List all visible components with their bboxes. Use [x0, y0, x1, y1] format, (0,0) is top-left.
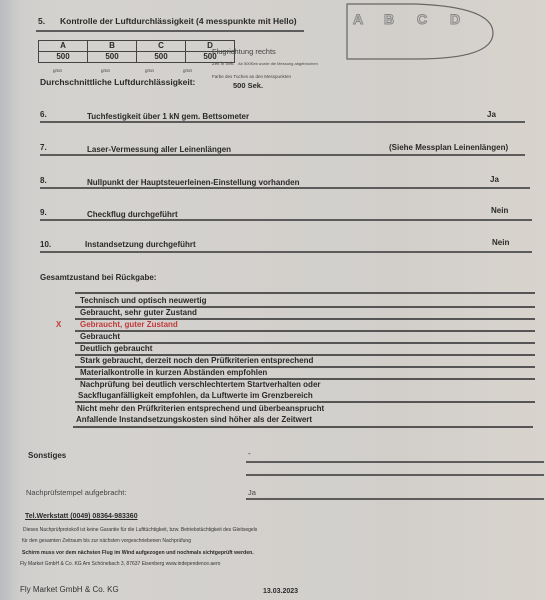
stamp-label: Nachprüfstempel aufgebracht:	[26, 488, 126, 497]
point-c-label: C	[137, 41, 186, 52]
point-a-color: grün	[53, 68, 62, 73]
check-number: 9.	[40, 208, 47, 217]
section5-title: Kontrolle der Luftdurchlässigkeit (4 mes…	[60, 16, 297, 26]
point-d-color: grün	[183, 68, 192, 73]
check-label: Tuchfestigkeit über 1 kN gem. Bettsomete…	[87, 112, 249, 121]
point-a-label: A	[39, 41, 88, 52]
check-label: Instandsetzung durchgeführt	[85, 240, 196, 249]
check-line	[40, 251, 532, 253]
stamp-value: Ja	[248, 488, 256, 497]
point-c-color: grün	[145, 68, 154, 73]
check-number: 6.	[40, 110, 47, 119]
check-number: 7.	[40, 143, 47, 152]
check-line	[40, 187, 530, 189]
check-value: (Siehe Messplan Leinenlängen)	[389, 143, 508, 152]
point-b-color: grün	[101, 68, 110, 73]
check-label: Checkflug durchgeführt	[87, 210, 178, 219]
condition-title: Gesamtzustand bei Rückgabe:	[40, 273, 156, 282]
stamp-line	[246, 498, 544, 500]
average-value: 500 Sek.	[233, 81, 263, 90]
warning-text: Schirm muss vor dem nächsten Flug im Win…	[22, 550, 254, 556]
time-unit-note: Zeit in Sek.	[212, 61, 235, 66]
check-line	[40, 154, 525, 156]
check-label: Laser-Vermessung aller Leinenlängen	[87, 145, 231, 154]
check-value: Ja	[487, 110, 496, 119]
measurement-table: A B C D 500 500 500 500	[38, 40, 235, 63]
check-number: 10.	[40, 240, 51, 249]
condition-option-text: Gebraucht, guter Zustand	[80, 320, 178, 329]
condition-option-text: Gebraucht	[80, 332, 120, 341]
condition-option-text: Technisch und optisch neuwertig	[80, 296, 207, 305]
diagram-letter-b: B	[384, 11, 394, 27]
section5-underline	[36, 30, 304, 32]
point-a-value: 500	[39, 52, 88, 63]
check-number: 8.	[40, 176, 47, 185]
check-value: Ja	[490, 175, 499, 184]
disclaimer-line-2: für den gesamten Zeitraum bis zur nächst…	[22, 538, 191, 544]
document-date: 13.03.2023	[263, 588, 298, 595]
condition-line	[75, 330, 535, 332]
misc-line-1	[246, 461, 544, 463]
point-c-value: 500	[137, 52, 186, 63]
condition-option-text: Nachprüfung bei deutlich verschlechterte…	[80, 380, 321, 389]
workshop-phone: Tel.Werkstatt (0049) 08364-983360	[25, 513, 138, 520]
abort-note: Ab 500Sek wurde die Messung abgebrochen	[238, 61, 318, 66]
condition-option-text: Deutlich gebraucht	[80, 344, 152, 353]
condition-line	[75, 401, 535, 403]
check-label: Nullpunkt der Hauptsteuerleinen-Einstell…	[87, 178, 299, 187]
diagram-letter-a: A	[353, 11, 363, 27]
company-address: Fly Market GmbH & Co. KG Am Schönebach 3…	[20, 561, 220, 567]
misc-label: Sonstiges	[28, 451, 66, 460]
condition-option-text: Stark gebraucht, derzeit noch den Prüfkr…	[80, 356, 313, 365]
condition-option-text: Materialkontrolle in kurzen Abständen em…	[80, 368, 267, 377]
color-note: Farbe des Tuches an den Messpunkten	[212, 74, 291, 79]
check-line	[40, 121, 525, 123]
inspection-protocol-page: 5. Kontrolle der Luftdurchlässigkeit (4 …	[0, 0, 546, 600]
point-b-value: 500	[88, 52, 137, 63]
diagram-letter-d: D	[450, 11, 460, 27]
disclaimer-line-1: Dieses Nachprüfprotokoll ist keine Garan…	[23, 527, 257, 533]
selected-mark: X	[56, 320, 61, 329]
condition-option-text-2: Sackfluganfälligkeit empfohlen, da Luftw…	[78, 391, 313, 400]
point-b-label: B	[88, 41, 137, 52]
flight-direction: Flugrichtung rechts	[212, 47, 276, 56]
misc-value: -	[248, 449, 251, 458]
condition-option-text-2: Anfallende Instandsetzungskosten sind hö…	[76, 415, 312, 424]
check-value: Nein	[491, 206, 508, 215]
misc-line-2	[246, 474, 544, 476]
check-value: Nein	[492, 238, 509, 247]
condition-line	[73, 426, 533, 428]
section5-number: 5.	[38, 16, 45, 26]
average-label: Durchschnittliche Luftdurchlässigkeit:	[40, 77, 195, 87]
diagram-letter-c: C	[417, 11, 427, 27]
condition-option-text: Nicht mehr den Prüfkriterien entsprechen…	[77, 404, 324, 413]
condition-option-text: Gebraucht, sehr guter Zustand	[80, 308, 197, 317]
company-name: Fly Market GmbH & Co. KG	[20, 585, 119, 594]
condition-line	[75, 292, 535, 294]
check-line	[40, 219, 532, 221]
